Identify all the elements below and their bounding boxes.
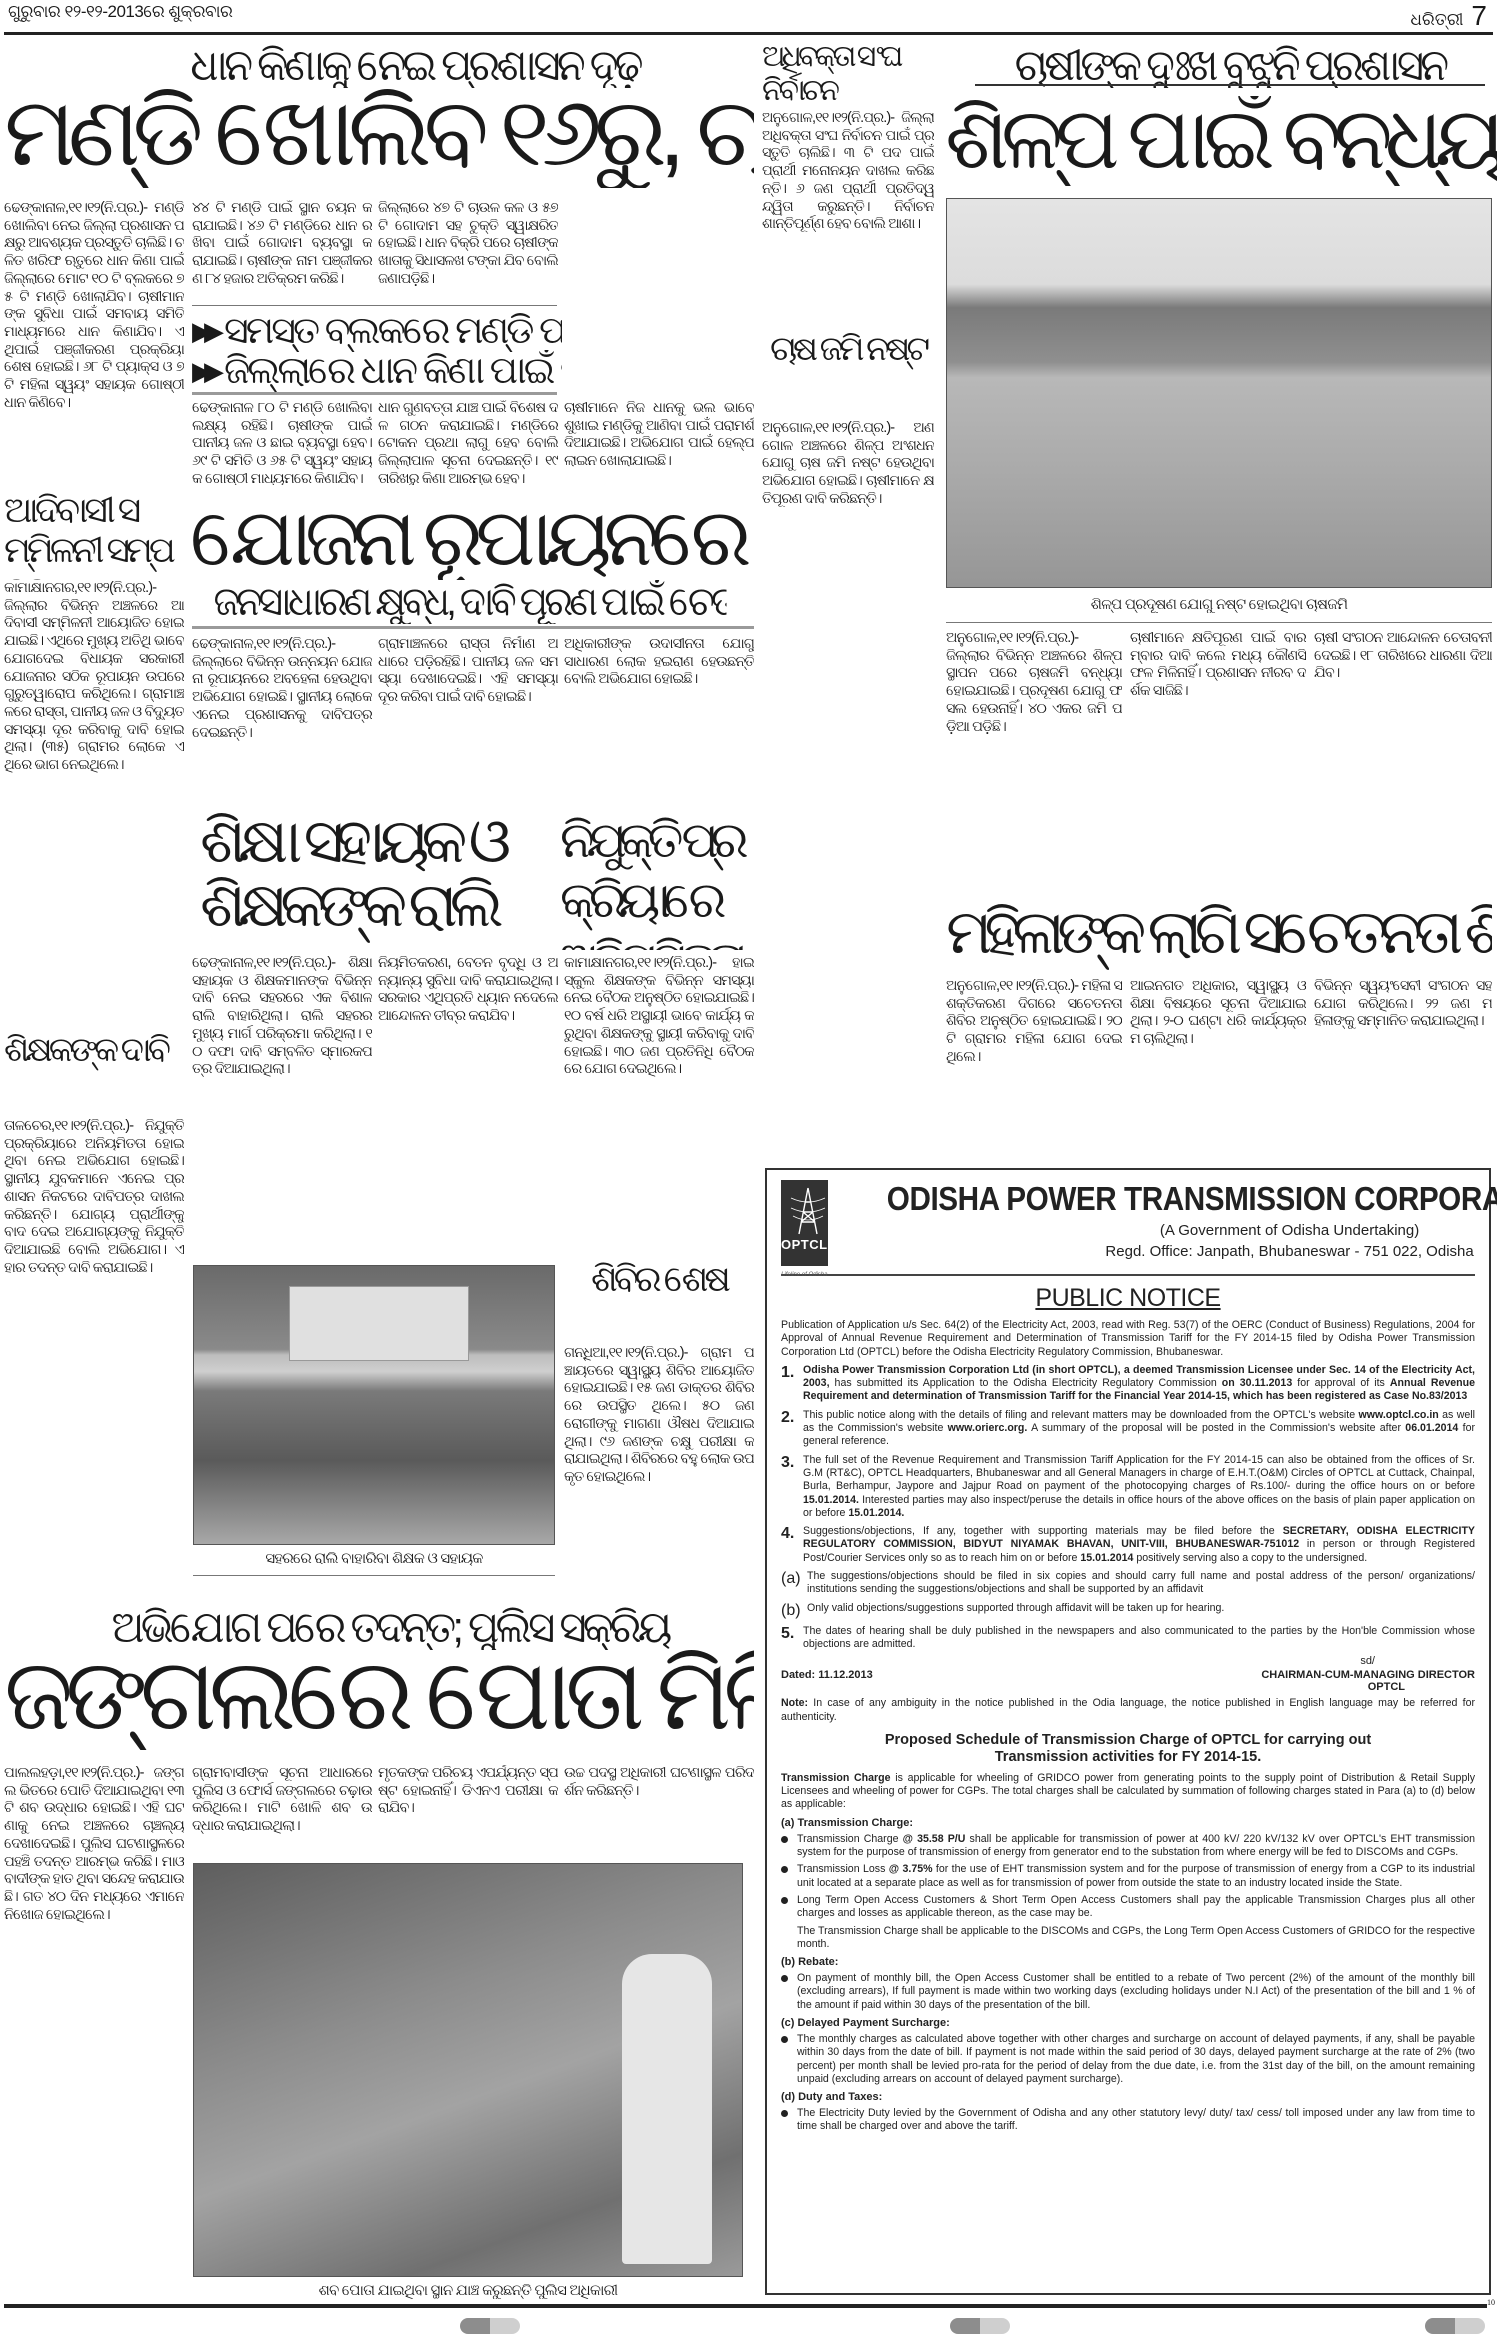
notice-sub-a: (a) The suggestions/objections should be… (781, 1570, 1475, 1597)
notice-item-5: 5. The dates of hearing shall be duly pu… (781, 1625, 1475, 1652)
story1-lower-col-2: ଧାନ ଗୁଣବତ୍ତା ଯାଞ୍ଚ ପାଇଁ ବିଶେଷ ଦଳ ଗଠନ କରା… (378, 400, 558, 485)
signatory: CHAIRMAN-CUM-MANAGING DIRECTOR (1261, 1669, 1475, 1681)
rally-photo (193, 1265, 555, 1545)
schedule-title: Proposed Schedule of Transmission Charge… (781, 1732, 1475, 1766)
section-c-heading: (c) Delayed Payment Surcharge: (781, 2017, 1475, 2029)
section-d-heading: (d) Duty and Taxes: (781, 2091, 1475, 2103)
item-number: 3. (781, 1454, 795, 1520)
bullet-icon (781, 2036, 788, 2043)
oerc-website-link[interactable]: www.orierc.org. (948, 1422, 1028, 1434)
story5-column-1: ପାଲଲହଡ଼ା,୧୧।୧୨(ନି.ପ୍ର.)- ଜଙ୍ଗଲ ଭିତରେ ପୋତ… (4, 1765, 184, 2295)
section-b-heading: (b) Rebate: (781, 1956, 1475, 1968)
section-a-heading: (a) Transmission Charge: (781, 1817, 1475, 1829)
story5-column-2: ଗ୍ରାମବାସୀଙ୍କ ସୂଚନା ଆଧାରରେ ପୁଲିସ ଓ ଫୋର୍ସ … (192, 1765, 372, 1855)
notice-item-4: 4. Suggestions/objections, If any, toget… (781, 1525, 1475, 1565)
notice-item-2: 2. This public notice along with the det… (781, 1409, 1475, 1449)
bullet-icon (781, 1897, 788, 1904)
optcl-logo: OPTCL Lifeline of Odisha (781, 1180, 828, 1266)
schedule-intro: Transmission Charge is applicable for wh… (781, 1772, 1475, 1812)
notice-title: PUBLIC NOTICE (781, 1284, 1475, 1313)
bullet-transmission-loss: Transmission Loss @ 3.75% for the use of… (781, 1863, 1475, 1890)
bullet-rebate: On payment of monthly bill, the Open Acc… (781, 1972, 1475, 2012)
bullet-transmission-charge: Transmission Charge @ 35.58 P/U shall be… (781, 1833, 1475, 1860)
story2-headline: ଯୋଜନା ରୂପାୟନରେ ଅବହେଳା ଅଭିଯୋଗ (190, 500, 750, 580)
scroll-indicator-right[interactable] (1425, 2318, 1485, 2334)
story1-column-3: ଜିଲ୍ଲାରେ ୪୭ ଟି ଚାଉଳ କଳ ଓ ୫୭ ଟି ଗୋଦାମ ସହ … (378, 200, 558, 300)
double-arrow-icon: ▶▶ (192, 350, 216, 392)
notice-item-1: 1. Odisha Power Transmission Corporation… (781, 1364, 1475, 1404)
newspaper-name: ଧରିତ୍ରୀ (1410, 10, 1463, 30)
notice-note: Note: In case of any ambiguity in the no… (781, 1697, 1475, 1724)
notice-header: OPTCL Lifeline of Odisha ODISHA POWER TR… (781, 1180, 1475, 1276)
page-number: 7 (1471, 0, 1487, 32)
org-subtitle: (A Government of Odisha Undertaking) (842, 1222, 1497, 1239)
story8-headline: ଶିଳ୍ପ ପାଇଁ ବନ୍ଧ୍ୟା ହେଲା ଚାଷଜମି (945, 96, 1497, 186)
bullet-text: ଜିଲ୍ଲାରେ ଧାନ କିଣା ପାଇଁ ପ୍ରଶାସନ ତତ୍ପର (224, 350, 562, 392)
story3-left-column: ତାଳଚେର,୧୧।୧୨(ନି.ପ୍ର.)- ନିଯୁକ୍ତି ପ୍ରକ୍ରିୟ… (4, 1118, 184, 1578)
item-number: 1. (781, 1364, 795, 1404)
bullet-open-access: Long Term Open Access Customers & Short … (781, 1894, 1475, 1921)
bullet-icon (781, 2110, 788, 2117)
story1-kicker: ଧାନ କିଣାକୁ ନେଇ ପ୍ରଶାସନ ଦୃଢ଼ (111, 44, 719, 88)
story9-column-2: ଆଇନଗତ ଅଧିକାର, ସ୍ୱାସ୍ଥ୍ୟ ଓ ଶିକ୍ଷା ବିଷୟରେ … (1130, 978, 1306, 1158)
bottom-rule (4, 2304, 1487, 2308)
story8-column-3: ଚାଷୀ ସଂଗଠନ ଆନ୍ଦୋଳନ ଚେତାବନୀ ଦେଇଛି। ୧୮ ତାର… (1314, 630, 1492, 875)
story1-bullet-1: ▶▶ ସମସ୍ତ ବ୍ଲକରେ ମଣ୍ଡି ପାଇଁ ପ୍ରସ୍ତୁତି ଜୋର… (192, 310, 562, 352)
story5-column-3: ମୃତକଙ୍କ ପରିଚୟ ଏପର୍ଯ୍ୟନ୍ତ ସ୍ପଷ୍ଟ ହୋଇନାହିଁ… (378, 1765, 558, 1855)
story4-column: ଗନ୍ଧିଆ,୧୧।୧୨(ନି.ପ୍ର.)- ଗ୍ରାମ ପଞ୍ଚାୟତରେ ସ… (564, 1345, 754, 1580)
story5-column-4: ଉଚ୍ଚ ପଦସ୍ଥ ଅଧିକାରୀ ଘଟଣାସ୍ଥଳ ପରିଦର୍ଶନ କରି… (564, 1765, 754, 1855)
scroll-indicator-left[interactable] (460, 2318, 520, 2334)
logo-text: OPTCL (781, 1237, 828, 1252)
story2-side-column: କାମାକ୍ଷାନଗର,୧୧।୧୨(ନି.ପ୍ର.)- ଜିଲ୍ଲାର ବିଭି… (4, 580, 184, 980)
signatory-org: OPTCL (781, 1681, 1475, 1693)
story2-side-head: ଆଦିବାସୀ ସମ୍ମିଳନୀ ସମ୍ପନ୍ନ (4, 490, 184, 580)
notice-sub-b: (b) Only valid objections/suggestions su… (781, 1602, 1475, 1620)
banner-shape (289, 1286, 469, 1361)
story1-headline: ମଣ୍ଡି ଖୋଲିବ ୧୬ରୁ, ଚାଷୀ ତତ୍ପର (4, 88, 754, 188)
folio-right: ଧରିତ୍ରୀ 7 (1410, 0, 1487, 32)
optcl-public-notice: OPTCL Lifeline of Odisha ODISHA POWER TR… (765, 1168, 1491, 2295)
transmission-tower-icon (789, 1186, 827, 1236)
story6-side-column: ଅନୁଗୋଳ,୧୧।୧୨(ନି.ପ୍ର.)- ଜିଲ୍ଲା ଅଧିବକ୍ତା ସ… (762, 110, 934, 320)
divider (946, 622, 1492, 623)
story3-column-1: ଢେଙ୍କାନାଳ,୧୧।୧୨(ନି.ପ୍ର.)- ଶିକ୍ଷା ସହାୟକ ଓ… (192, 955, 372, 1255)
org-address: Regd. Office: Janpath, Bhubaneswar - 751… (842, 1243, 1497, 1260)
divider (192, 626, 754, 629)
story2-subhead: ଜନସାଧାରଣ କ୍ଷୁବ୍ଧ, ଦାବି ପୂରଣ ପାଇଁ ଚେତାବନୀ (214, 580, 727, 624)
optcl-website-link[interactable]: www.optcl.co.in (1359, 1409, 1439, 1421)
signature-row: Dated: 11.12.2013 CHAIRMAN-CUM-MANAGING … (781, 1669, 1475, 1681)
bullet-icon (781, 1975, 788, 1982)
story2-column-3: ଅଧିକାରୀଙ୍କ ଉଦାସୀନତା ଯୋଗୁ ସାଧାରଣ ଲୋକ ହଇରା… (564, 636, 754, 796)
story1-bullet-2: ▶▶ ଜିଲ୍ଲାରେ ଧାନ କିଣା ପାଇଁ ପ୍ରଶାସନ ତତ୍ପର (192, 350, 562, 392)
org-name: ODISHA POWER TRANSMISSION CORPORATION LI… (886, 1180, 1497, 1218)
story8-kicker: ଚାଷୀଙ୍କ ଦୁଃଖ ବୁଝୁନି ପ୍ରଶାସନ (993, 44, 1468, 88)
bullet-duty: The Electricity Duty levied by the Gover… (781, 2107, 1475, 2134)
logo-tagline: Lifeline of Odisha (781, 1272, 827, 1278)
forest-photo-caption: ଶବ ପୋତା ଯାଇଥିବା ସ୍ଥାନ ଯାଞ୍ଚ କରୁଛନ୍ତି ପୁଲ… (193, 2282, 743, 2299)
rally-photo-caption: ସହରରେ ରାଲି ବାହାରିବା ଶିକ୍ଷକ ଓ ସହାୟକ (193, 1550, 555, 1567)
bullet-icon (781, 1836, 788, 1843)
story8-column-2: ଚାଷୀମାନେ କ୍ଷତିପୂରଣ ପାଇଁ ବାରମ୍ବାର ଦାବି କଲ… (1130, 630, 1306, 875)
story9-column-3: ବିଭିନ୍ନ ସ୍ୱୟଂସେବୀ ସଂଗଠନ ସହଯୋଗ କରିଥିଲେ। ୨… (1314, 978, 1492, 1158)
section-a-note: The Transmission Charge shall be applica… (781, 1925, 1475, 1952)
page-code: 10 (1487, 2298, 1495, 2307)
story9-headline: ମହିଳାଙ୍କ ଲାଗି ସଚେତନତା ଶିବିର (946, 900, 1492, 970)
forest-photo (193, 1863, 743, 2277)
story5-kicker: ଅଭିଯୋଗ ପରେ ତଦନ୍ତ; ପୁଲିସ ସକ୍ରିୟ (58, 1606, 723, 1650)
item-number: 2. (781, 1409, 795, 1449)
story4-side-head: ଶିବିର ଶେଷ (564, 1260, 754, 1340)
farmland-photo-caption: ଶିଳ୍ପ ପ୍ରଦୂଷଣ ଯୋଗୁ ନଷ୍ଟ ହୋଇଥିବା ଚାଷଜମି (946, 596, 1492, 613)
folio-date: ଗୁରୁବାର ୧୨-୧୨-2013ରେ ଶୁକ୍ରବାର (8, 2, 232, 22)
bullet-icon (781, 1866, 788, 1873)
divider (192, 305, 557, 306)
story3-column-2: ନିୟମିତକରଣ, ବେତନ ବୃଦ୍ଧି ଓ ଅନ୍ୟାନ୍ୟ ସୁବିଧା… (378, 955, 558, 1255)
story1-lower-col-1: ଢେଙ୍କାନାଳ ୮୦ ଟି ମଣ୍ଡି ଖୋଲିବା ଲକ୍ଷ୍ୟ ରହିଛ… (192, 400, 372, 485)
kicker-underline (975, 84, 1485, 86)
divider (193, 1575, 555, 1576)
story3-column-3: କାମାକ୍ଷାନଗର,୧୧।୧୨(ନି.ପ୍ର.)- ହାଇସ୍କୁଲ ଶିକ… (564, 955, 754, 1255)
bullet-text: ସମସ୍ତ ବ୍ଲକରେ ମଣ୍ଡି ପାଇଁ ପ୍ରସ୍ତୁତି ଜୋରସୋର (224, 310, 562, 352)
org-block: ODISHA POWER TRANSMISSION CORPORATION LI… (842, 1180, 1497, 1260)
story1-lower-col-3: ଚାଷୀମାନେ ନିଜ ଧାନକୁ ଭଲ ଭାବେ ଶୁଖାଇ ମଣ୍ଡିକୁ… (564, 400, 754, 485)
story3-left-subhead: ଶିକ୍ଷକଙ୍କ ଦାବି (4, 1030, 184, 1115)
story2-column-1: ଢେଙ୍କାନାଳ,୧୧।୧୨(ନି.ପ୍ର.)- ଜିଲ୍ଲାରେ ବିଭିନ… (192, 636, 372, 796)
story1-column-1: ଢେଙ୍କାନାଳ,୧୧।୧୨(ନି.ପ୍ର.)- ମଣ୍ଡି ଖୋଲିବା ନ… (4, 200, 184, 490)
story3-headline: ଶିକ୍ଷା ସହାୟକ ଓ ଶିକ୍ଷକଙ୍କ ରାଲି (200, 810, 560, 950)
story2-column-2: ଗ୍ରାମାଞ୍ଚଳରେ ରାସ୍ତା ନିର୍ମାଣ ଅଧାରେ ପଡ଼ିରହ… (378, 636, 558, 796)
notice-item-3: 3. The full set of the Revenue Requireme… (781, 1454, 1475, 1520)
scroll-indicator-center[interactable] (950, 2318, 1010, 2334)
bullet-surcharge: The monthly charges as calculated above … (781, 2033, 1475, 2086)
story5-headline: ଜଙ୍ଗଲରେ ପୋତା ମିଳିଲା ୧୩ ଜଣଙ୍କ ଶବ (4, 1650, 754, 1750)
story1-column-2: ୪୪ ଟି ମଣ୍ଡି ପାଇଁ ସ୍ଥାନ ଚୟନ କରାଯାଇଛି। ୪୬ … (192, 200, 372, 300)
divider (192, 392, 557, 395)
farmland-photo (946, 198, 1492, 588)
item-number: 4. (781, 1525, 795, 1565)
notice-intro: Publication of Application u/s Sec. 64(2… (781, 1319, 1475, 1359)
story7-side-column: ଅନୁଗୋଳ,୧୧।୧୨(ନି.ପ୍ର.)- ଅଣଗୋଳ ଅଞ୍ଚଳରେ ଶିଳ… (762, 420, 934, 635)
story8-column-1: ଅନୁଗୋଳ,୧୧।୧୨(ନି.ପ୍ର.)- ଜିଲ୍ଲାର ବିଭିନ୍ନ ଅ… (946, 630, 1122, 875)
story3-side-headline: ନିଯୁକ୍ତି ପ୍ରକ୍ରିୟାରେ ଅନିୟମିତତା ଅଭିଯୋଗ (560, 810, 755, 950)
top-rule (4, 32, 1493, 35)
signature-sd: sd/ (781, 1655, 1475, 1667)
double-arrow-icon: ▶▶ (192, 310, 216, 352)
story9-column-1: ଅନୁଗୋଳ,୧୧।୧୨(ନି.ପ୍ର.)- ମହିଳା ସଶକ୍ତିକରଣ ଦ… (946, 978, 1122, 1158)
story7-side-head: ଚାଷ ଜମି ନଷ୍ଟ (762, 330, 934, 410)
figure-shape (622, 1954, 712, 2264)
notice-date: Dated: 11.12.2013 (781, 1669, 873, 1681)
